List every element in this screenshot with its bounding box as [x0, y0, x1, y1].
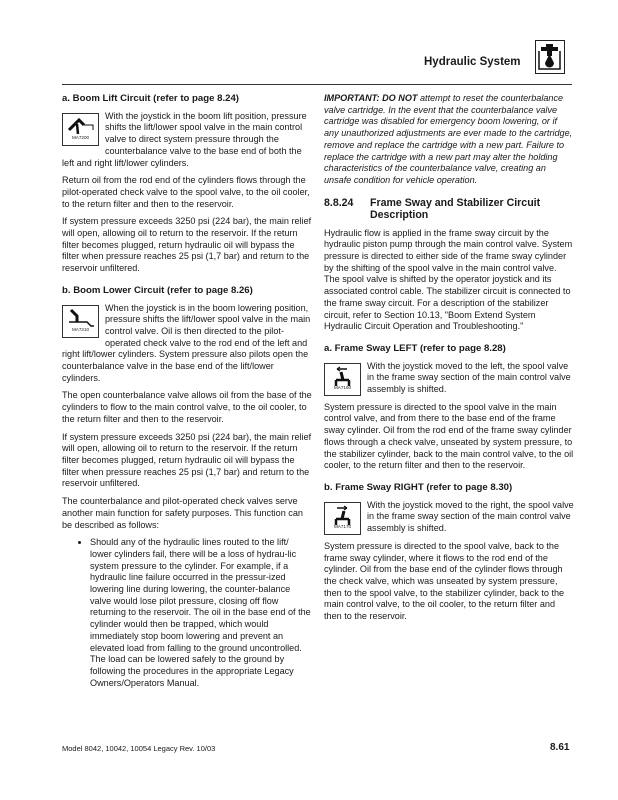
page-number: 8.61 — [550, 742, 569, 753]
right-column: IMPORTANT: DO NOT attempt to reset the c… — [324, 93, 574, 629]
paragraph: System pressure is directed to the spool… — [324, 541, 574, 623]
paragraph: When the joystick is in the boom lowerin… — [62, 303, 312, 385]
important-note: IMPORTANT: DO NOT attempt to reset the c… — [324, 93, 574, 187]
figure-label: MA7200 — [63, 132, 98, 144]
important-label: IMPORTANT: DO NOT — [324, 93, 417, 103]
paragraph: If system pressure exceeds 3250 psi (224… — [62, 432, 312, 491]
section-title: Frame Sway and Stabilizer Circuit Descri… — [370, 197, 574, 222]
section-heading: 8.8.24 Frame Sway and Stabilizer Circuit… — [324, 197, 574, 222]
paragraph: The counterbalance and pilot-operated ch… — [62, 496, 312, 531]
section-number: 8.8.24 — [324, 197, 370, 222]
header-divider — [62, 84, 572, 85]
boom-lift-joystick-figure: MA7200 — [62, 113, 99, 146]
paragraph: With the joystick moved to the right, th… — [324, 500, 574, 535]
left-column: a. Boom Lift Circuit (refer to page 8.24… — [62, 93, 312, 695]
paragraph: With the joystick in the boom lift posit… — [62, 111, 312, 170]
boom-lift-heading: a. Boom Lift Circuit (refer to page 8.24… — [62, 93, 312, 105]
frame-sway-right-heading: b. Frame Sway RIGHT (refer to page 8.30) — [324, 482, 574, 494]
figure-label: MA7160 — [325, 382, 360, 394]
frame-sway-left-heading: a. Frame Sway LEFT (refer to page 8.28) — [324, 343, 574, 355]
paragraph: With the joystick moved to the left, the… — [324, 361, 574, 396]
figure-label: MA7210 — [63, 324, 98, 336]
header-title: Hydraulic System — [424, 56, 521, 68]
boom-lower-heading: b. Boom Lower Circuit (refer to page 8.2… — [62, 285, 312, 297]
boom-lower-joystick-figure: MA7210 — [62, 305, 99, 338]
important-text: attempt to reset the counterbalance valv… — [324, 93, 572, 185]
bullet-item: Should any of the hydraulic lines routed… — [90, 537, 312, 689]
figure-label: MA7170 — [325, 521, 360, 533]
bullet-list: Should any of the hydraulic lines routed… — [62, 537, 312, 689]
paragraph: If system pressure exceeds 3250 psi (224… — [62, 216, 312, 275]
paragraph: System pressure is directed to the spool… — [324, 402, 574, 472]
footer-model-info: Model 8042, 10042, 10054 Legacy Rev. 10/… — [62, 744, 215, 753]
frame-sway-right-figure: MA7170 — [324, 502, 361, 535]
hydraulic-reservoir-icon — [535, 40, 565, 74]
paragraph: The open counterbalance valve allows oil… — [62, 390, 312, 425]
paragraph: Return oil from the rod end of the cylin… — [62, 175, 312, 210]
frame-sway-left-figure: MA7160 — [324, 363, 361, 396]
paragraph: Hydraulic flow is applied in the frame s… — [324, 228, 574, 333]
